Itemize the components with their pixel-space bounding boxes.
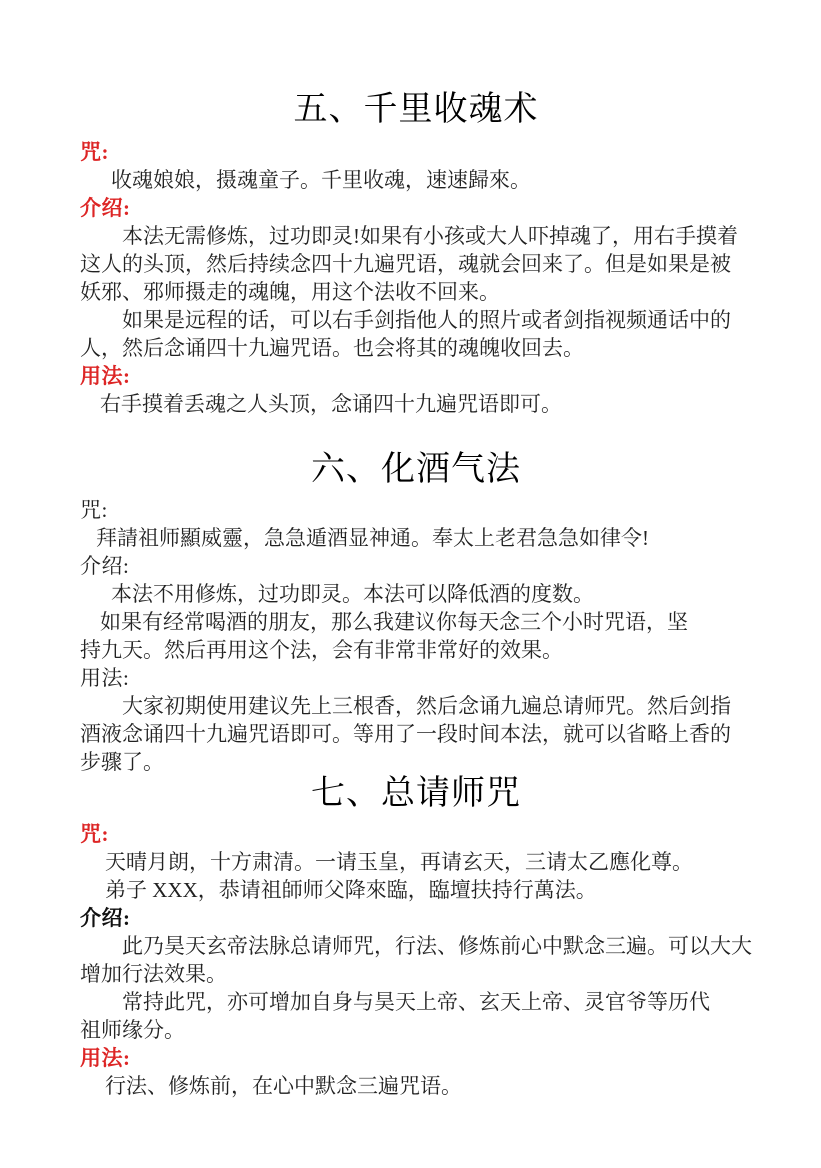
section-title: 五、千里收魂术 — [80, 92, 752, 128]
section-title: 六、化酒气法 — [80, 452, 752, 488]
text-line: 天晴月朗，十方肃清。一请玉皇，再请玄天，三请太乙應化尊。 — [80, 848, 752, 876]
section: 五、千里收魂术 咒:收魂娘娘，摄魂童子。千里收魂，速速歸來。介绍:本法无需修炼，… — [80, 92, 752, 418]
text-line: 弟子 XXX，恭请祖師师父降來臨，臨壇扶持行萬法。 — [80, 876, 752, 904]
field-label: 咒: — [80, 138, 752, 166]
section-body: 咒:收魂娘娘，摄魂童子。千里收魂，速速歸來。介绍:本法无需修炼，过功即灵!如果有… — [80, 138, 752, 418]
text-line: 大家初期使用建议先上三根香，然后念诵九遍总请师咒。然后剑指 — [80, 692, 752, 720]
field-label: 用法: — [80, 362, 752, 390]
document-content: 五、千里收魂术 咒:收魂娘娘，摄魂童子。千里收魂，速速歸來。介绍:本法无需修炼，… — [80, 92, 752, 1100]
text-line: 收魂娘娘，摄魂童子。千里收魂，速速歸來。 — [80, 166, 752, 194]
text-line: 行法、修炼前，在心中默念三遍咒语。 — [80, 1072, 752, 1100]
field-label: 介绍: — [80, 904, 752, 932]
section-body: 咒:拜請祖师顯威靈，急急遁酒显神通。奉太上老君急急如律令!介绍:本法不用修炼，过… — [80, 496, 752, 776]
text-line: 人，然后念诵四十九遍咒语。也会将其的魂魄收回去。 — [80, 334, 752, 362]
text-paragraph: 弟子 XXX，恭请祖師师父降來臨，臨壇扶持行萬法。 — [80, 876, 752, 904]
text-line: 祖师缘分。 — [80, 1016, 752, 1044]
section-title: 七、总请师咒 — [80, 776, 752, 812]
field-label: 咒: — [80, 496, 752, 524]
text-line: 如果是远程的话，可以右手剑指他人的照片或者剑指视频通话中的 — [80, 306, 752, 334]
text-paragraph: 此乃昊天玄帝法脉总请师咒，行法、修炼前心中默念三遍。可以大大增加行法效果。 — [80, 932, 752, 988]
text-line: 常持此咒，亦可增加自身与昊天上帝、玄天上帝、灵官爷等历代 — [80, 988, 752, 1016]
field-label: 用法: — [80, 664, 752, 692]
text-line: 这人的头顶，然后持续念四十九遍咒语，魂就会回来了。但是如果是被 — [80, 250, 752, 278]
field-label: 介绍: — [80, 552, 752, 580]
text-paragraph: 右手摸着丢魂之人头顶，念诵四十九遍咒语即可。 — [80, 390, 752, 418]
field-label: 咒: — [80, 820, 752, 848]
text-paragraph: 本法不用修炼，过功即灵。本法可以降低酒的度数。 — [80, 580, 752, 608]
section: 六、化酒气法 咒:拜請祖师顯威靈，急急遁酒显神通。奉太上老君急急如律令!介绍:本… — [80, 452, 752, 776]
text-paragraph: 收魂娘娘，摄魂童子。千里收魂，速速歸來。 — [80, 166, 752, 194]
text-line: 妖邪、邪师摄走的魂魄，用这个法收不回来。 — [80, 278, 752, 306]
text-paragraph: 如果有经常喝酒的朋友，那么我建议你每天念三个小时咒语，坚持九天。然后再用这个法，… — [80, 608, 752, 664]
text-paragraph: 本法无需修炼，过功即灵!如果有小孩或大人吓掉魂了，用右手摸着这人的头顶，然后持续… — [80, 222, 752, 306]
text-line: 如果有经常喝酒的朋友，那么我建议你每天念三个小时咒语，坚 — [80, 608, 752, 636]
text-line: 本法不用修炼，过功即灵。本法可以降低酒的度数。 — [80, 580, 752, 608]
field-label: 介绍: — [80, 194, 752, 222]
text-paragraph: 大家初期使用建议先上三根香，然后念诵九遍总请师咒。然后剑指酒液念诵四十九遍咒语即… — [80, 692, 752, 776]
text-line: 步骤了。 — [80, 748, 752, 776]
section: 七、总请师咒 咒:天晴月朗，十方肃清。一请玉皇，再请玄天，三请太乙應化尊。弟子 … — [80, 776, 752, 1100]
text-line: 增加行法效果。 — [80, 960, 752, 988]
text-line: 此乃昊天玄帝法脉总请师咒，行法、修炼前心中默念三遍。可以大大 — [80, 932, 752, 960]
text-line: 酒液念诵四十九遍咒语即可。等用了一段时间本法，就可以省略上香的 — [80, 720, 752, 748]
field-label: 用法: — [80, 1044, 752, 1072]
text-paragraph: 如果是远程的话，可以右手剑指他人的照片或者剑指视频通话中的人，然后念诵四十九遍咒… — [80, 306, 752, 362]
text-line: 拜請祖师顯威靈，急急遁酒显神通。奉太上老君急急如律令! — [80, 524, 752, 552]
text-paragraph: 行法、修炼前，在心中默念三遍咒语。 — [80, 1072, 752, 1100]
text-line: 右手摸着丢魂之人头顶，念诵四十九遍咒语即可。 — [80, 390, 752, 418]
document-page: 五、千里收魂术 咒:收魂娘娘，摄魂童子。千里收魂，速速歸來。介绍:本法无需修炼，… — [0, 0, 821, 1168]
text-line: 本法无需修炼，过功即灵!如果有小孩或大人吓掉魂了，用右手摸着 — [80, 222, 752, 250]
text-paragraph: 拜請祖师顯威靈，急急遁酒显神通。奉太上老君急急如律令! — [80, 524, 752, 552]
text-paragraph: 常持此咒，亦可增加自身与昊天上帝、玄天上帝、灵官爷等历代祖师缘分。 — [80, 988, 752, 1044]
text-line: 持九天。然后再用这个法，会有非常非常好的效果。 — [80, 636, 752, 664]
section-body: 咒:天晴月朗，十方肃清。一请玉皇，再请玄天，三请太乙應化尊。弟子 XXX，恭请祖… — [80, 820, 752, 1100]
text-paragraph: 天晴月朗，十方肃清。一请玉皇，再请玄天，三请太乙應化尊。 — [80, 848, 752, 876]
